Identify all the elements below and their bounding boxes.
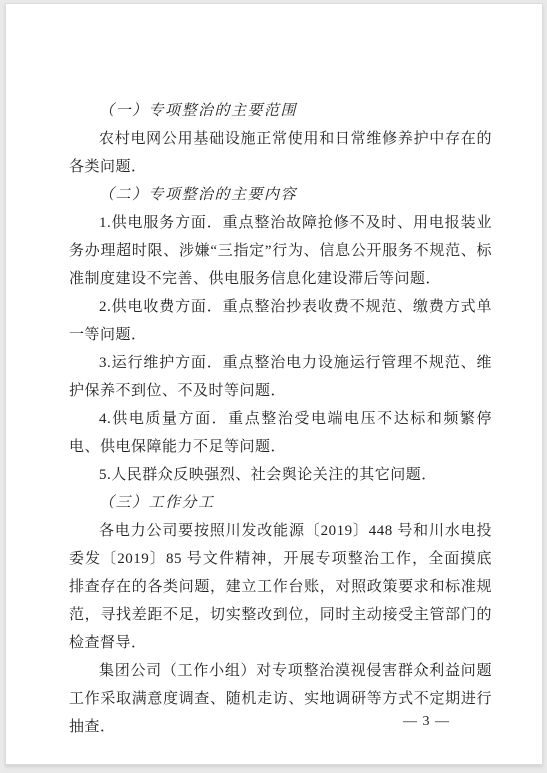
- document-page: （一）专项整治的主要范围农村电网公用基础设施正常使用和日常维修养护中存在的各类问…: [5, 3, 543, 765]
- page-number: — 3 —: [403, 714, 450, 730]
- paragraph: 1.供电服务方面．重点整治故障抢修不及时、用电报装业务办理超时限、涉嫌“三指定”…: [69, 209, 492, 293]
- paragraph: 农村电网公用基础设施正常使用和日常维修养护中存在的各类问题．: [69, 125, 492, 181]
- paragraph: 3.运行维护方面．重点整治电力设施运行管理不规范、维护保养不到位、不及时等问题．: [69, 349, 492, 405]
- section-heading: （二）专项整治的主要内容: [69, 181, 492, 209]
- section-heading: （三）工作分工: [69, 489, 492, 517]
- section-heading: （一）专项整治的主要范围: [69, 97, 492, 125]
- paragraph: 2.供电收费方面．重点整治抄表收费不规范、缴费方式单一等问题．: [69, 293, 492, 349]
- paragraph: 5.人民群众反映强烈、社会舆论关注的其它问题．: [69, 461, 492, 489]
- paragraph: 各电力公司要按照川发改能源〔2019〕448 号和川水电投委发〔2019〕85 …: [69, 517, 492, 657]
- document-body: （一）专项整治的主要范围农村电网公用基础设施正常使用和日常维修养护中存在的各类问…: [69, 97, 492, 741]
- paragraph: 4.供电质量方面．重点整治受电端电压不达标和频繁停电、供电保障能力不足等问题．: [69, 405, 492, 461]
